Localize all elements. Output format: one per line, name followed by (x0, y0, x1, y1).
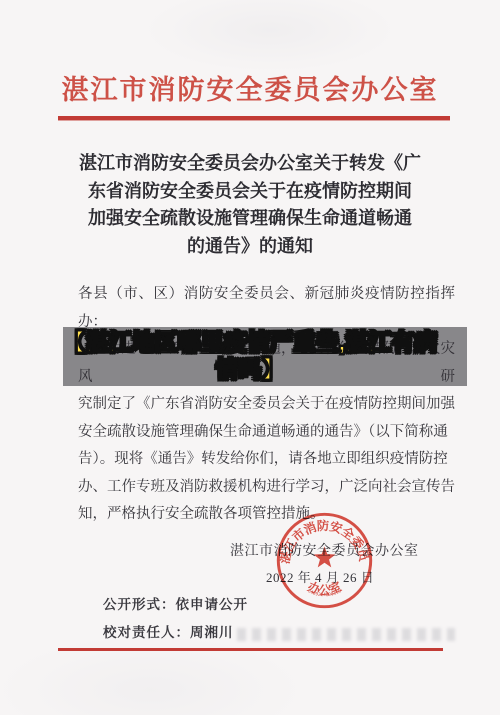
body-line: 告）。现将《通告》转发给你们，请各地立即组织疫情防控 (78, 446, 455, 474)
document-title-line: 加强安全疏散设施管理确保生命通道畅通 (40, 205, 460, 233)
body-line: 安全疏散设施管理确保生命通道畅通的通告》（以下简称通 (78, 419, 455, 447)
body-line: 究制定了《广东省消防安全委员会关于在疫情防控期间加强 (78, 391, 455, 419)
letterhead-org-title: 湛江市消防安全委员会办公室 (0, 68, 500, 107)
body-line: 办、工作专班及消防救援机构进行学习，广泛向社会宣传告 (78, 474, 455, 502)
video-caption: 【湛江地区哪里疫情严重些,湛江有病 情吗】 (0, 329, 500, 383)
caption-line: 情吗】 (0, 356, 500, 383)
document-title: 湛江市消防安全委员会办公室关于转发《广 东省消防安全委员会关于在疫情防控期间 加… (40, 150, 460, 260)
document-title-line: 东省消防安全委员会关于在疫情防控期间 (40, 178, 460, 206)
official-seal: 湛江市消防安全委员会 办公室 0409224000195 (275, 510, 374, 611)
seal-star (314, 546, 336, 567)
disclosure-form-line: 公开形式：依申请公开 (103, 593, 248, 613)
letterhead-divider-line (58, 116, 450, 120)
footer-divider-line (58, 648, 443, 651)
proofreader-line: 校对责任人：周湘川 (103, 621, 234, 641)
document-title-line: 湛江市消防安全委员会办公室关于转发《广 (40, 150, 460, 178)
caption-line: 【湛江地区哪里疫情严重些,湛江有病 (0, 329, 500, 356)
ink-bleed-through (237, 628, 455, 641)
document-page: 湛江市消防安全委员会办公室 湛江市消防安全委员会办公室关于转发《广 东省消防安全… (0, 0, 500, 715)
document-body: 各县（市、区）消防安全委员会、新冠肺炎疫情防控指挥办： 为进一步确保生命通道畅通… (78, 281, 455, 529)
body-line: 知，严格执行安全疏散各项管控措施。 (78, 501, 455, 529)
document-title-line: 的通告》的通知 (40, 233, 460, 261)
